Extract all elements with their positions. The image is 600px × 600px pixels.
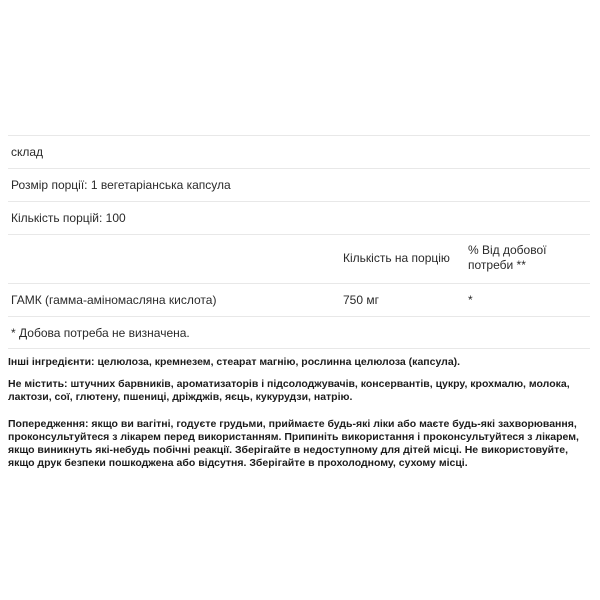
- header-amount-per-serving: Кількість на порцію: [343, 251, 450, 265]
- free-from-list: Не містить: штучних барвників, ароматиза…: [8, 378, 593, 404]
- table-header-row: Кількість на порцію % Від добової потреб…: [8, 234, 590, 283]
- ingredient-amount: 750 мг: [343, 293, 379, 307]
- header-daily-value: % Від добової потреби **: [468, 243, 578, 273]
- serving-size: Розмір порції: 1 вегетаріанська капсула: [8, 168, 590, 201]
- table-row: ГАМК (гамма-аміномасляна кислота) 750 мг…: [8, 283, 590, 316]
- warning-text: Попередження: якщо ви вагітні, годуєте г…: [8, 418, 593, 470]
- supplement-facts-table: склад Розмір порції: 1 вегетаріанська ка…: [8, 135, 590, 349]
- ingredient-name: ГАМК (гамма-аміномасляна кислота): [11, 293, 216, 307]
- daily-value-footnote: * Добова потреба не визначена.: [8, 316, 590, 349]
- product-notes: Інші інгредієнти: целюлоза, кремнезем, с…: [8, 356, 593, 479]
- ingredient-daily-value: *: [468, 293, 473, 307]
- facts-title: склад: [8, 135, 590, 168]
- other-ingredients: Інші інгредієнти: целюлоза, кремнезем, с…: [8, 356, 593, 369]
- servings-per-container: Кількість порцій: 100: [8, 201, 590, 234]
